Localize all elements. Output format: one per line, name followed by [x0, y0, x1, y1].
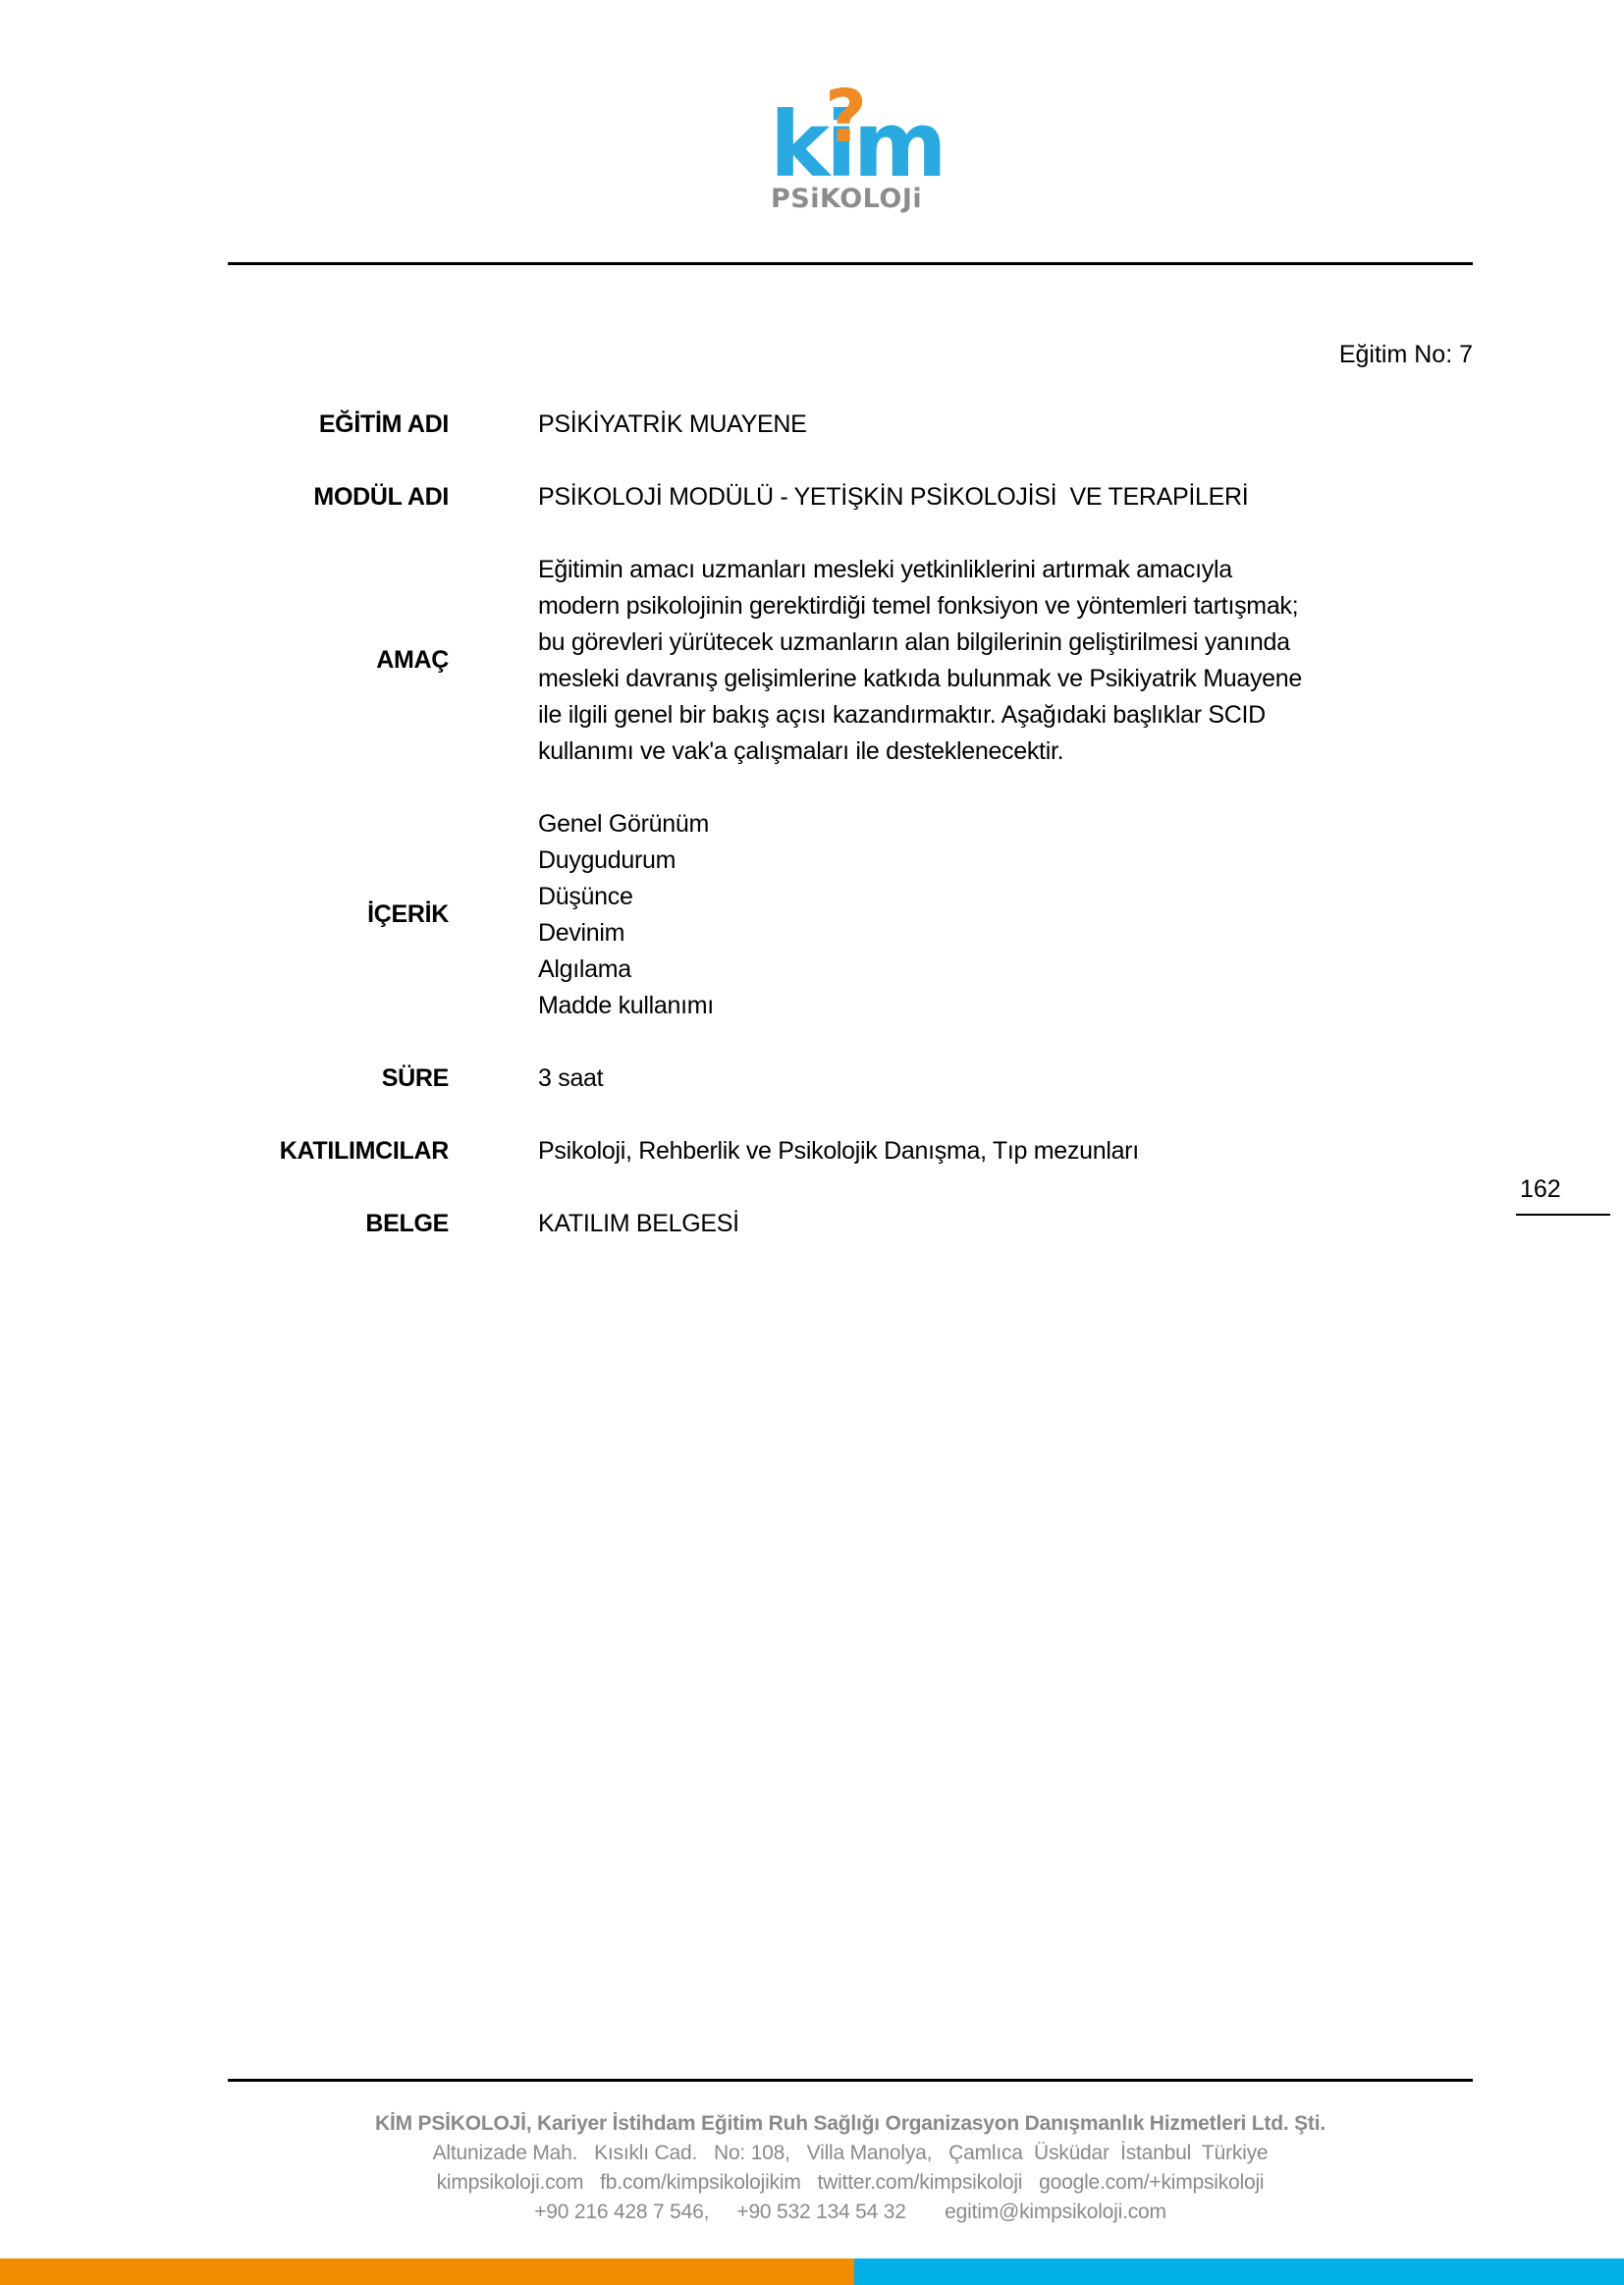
list-item: Madde kullanımı: [538, 988, 1471, 1024]
field-label: İÇERİK: [367, 897, 449, 933]
logo-question-mark-icon: ?: [825, 81, 867, 153]
field-value: PSİKİYATRİK MUAYENE: [538, 407, 1471, 443]
list-item: Duygudurum: [538, 843, 1471, 879]
kim-psikoloji-logo: kim ? PSiKOLOJi: [766, 86, 943, 219]
header-divider: [228, 262, 1473, 265]
field-label: BELGE: [365, 1206, 449, 1242]
logo-subtitle: PSiKOLOJi: [771, 185, 922, 214]
list-item: Düşünce: [538, 879, 1471, 915]
field-value: PSİKOLOJİ MODÜLÜ - YETİŞKİN PSİKOLOJİSİ …: [538, 479, 1471, 516]
field-value: 3 saat: [538, 1061, 1471, 1097]
page-number: 162: [1520, 1172, 1561, 1206]
footer-contact: +90 216 428 7 546, +90 532 134 54 32 egi…: [228, 2198, 1473, 2227]
footer-divider: [228, 2079, 1473, 2082]
bottom-bar-blue: [854, 2258, 1624, 2285]
field-label: SÜRE: [382, 1061, 449, 1097]
field-value: KATILIM BELGESİ: [538, 1206, 1471, 1242]
page-number-underline: [1516, 1214, 1610, 1216]
list-item: Genel Görünüm: [538, 806, 1471, 843]
field-value: Psikoloji, Rehberlik ve Psikolojik Danış…: [538, 1133, 1471, 1170]
footer-company: KİM PSİKOLOJİ, Kariyer İstihdam Eğitim R…: [228, 2109, 1473, 2139]
field-label: KATILIMCILAR: [280, 1133, 449, 1170]
bottom-bar-orange: [0, 2258, 854, 2285]
footer: KİM PSİKOLOJİ, Kariyer İstihdam Eğitim R…: [228, 2109, 1473, 2227]
footer-links: kimpsikoloji.com fb.com/kimpsikolojikim …: [228, 2168, 1473, 2198]
content-list: Genel Görünüm Duygudurum Düşünce Devinim…: [538, 806, 1471, 1024]
training-number: Eğitim No: 7: [1339, 338, 1473, 371]
field-label: EĞİTİM ADI: [319, 407, 449, 443]
footer-address: Altunizade Mah. Kısıklı Cad. No: 108, Vi…: [228, 2139, 1473, 2168]
field-value: Eğitimin amacı uzmanları mesleki yetkinl…: [538, 552, 1471, 770]
list-item: Algılama: [538, 952, 1471, 988]
list-item: Devinim: [538, 915, 1471, 952]
field-label: MODÜL ADI: [313, 479, 449, 516]
field-label: AMAÇ: [376, 642, 449, 679]
